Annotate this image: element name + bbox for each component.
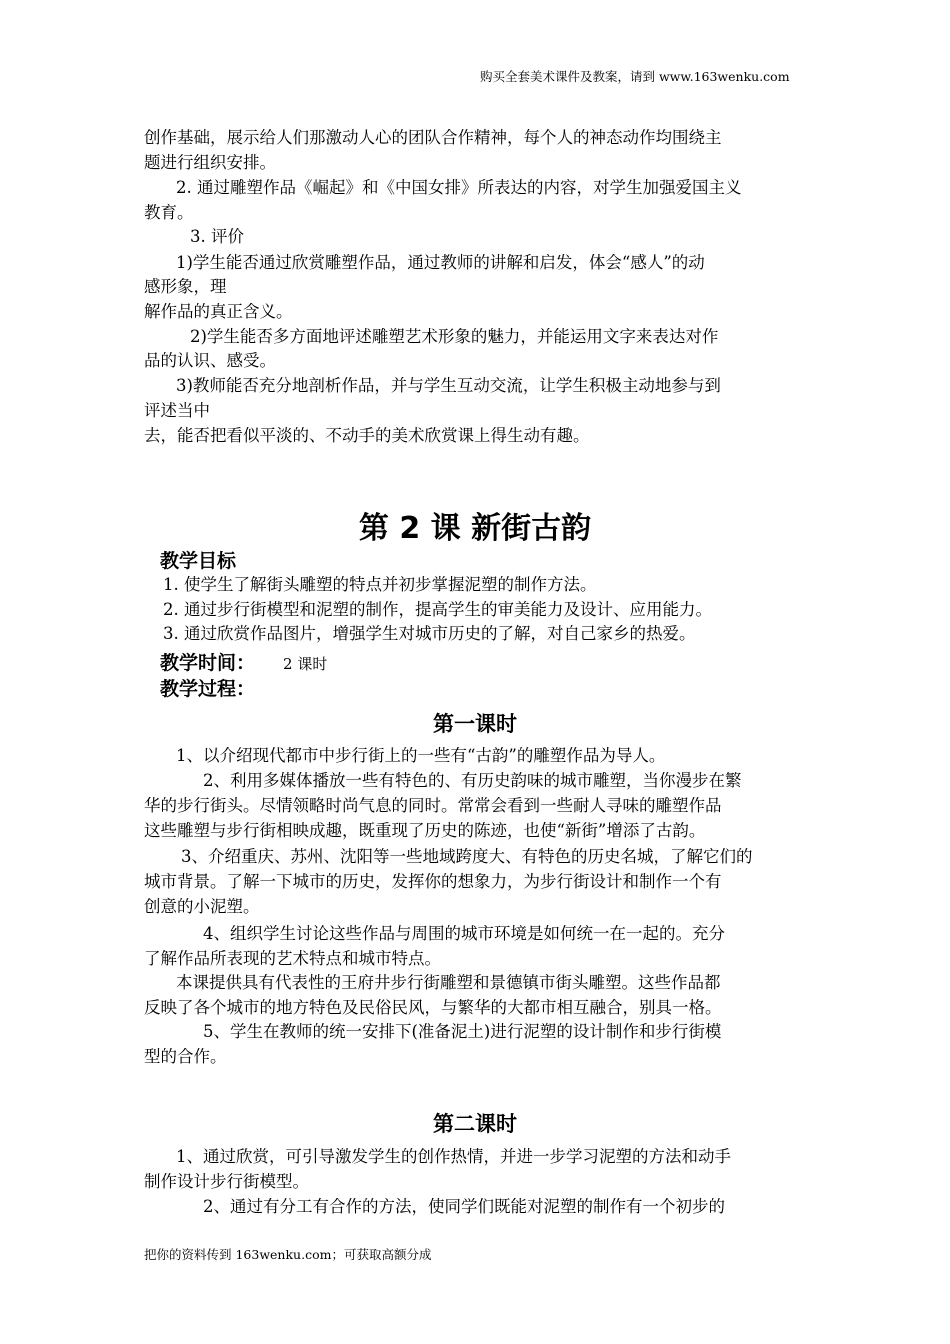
paragraph-line: 2. 通过雕塑作品《崛起》和《中国女排》所表达的内容，对学生加强爱国主义 [176, 177, 742, 199]
goals-heading: 教学目标 [160, 546, 236, 573]
paragraph-line: 3. 评价 [190, 226, 244, 248]
process-heading: 教学过程： [160, 674, 255, 701]
paragraph-line: 1、通过欣赏，可引导激发学生的创作热情，并进一步学习泥塑的方法和动手 [176, 1146, 731, 1168]
period-1-title: 第一课时 [0, 708, 950, 738]
paragraph-line: 这些雕塑与步行街相映成趣，既重现了历史的陈迹，也使“新街”增添了古韵。 [144, 820, 705, 842]
paragraph-line: 2、通过有分工有合作的方法，使同学们既能对泥塑的制作有一个初步的 [203, 1196, 725, 1218]
paragraph-line: 3)教师能否充分地剖析作品，并与学生互动交流，让学生积极主动地参与到 [176, 375, 721, 397]
paragraph-line: 解作品的真正含义。 [144, 301, 293, 323]
paragraph-line: 创作基础，展示给人们那激动人心的团队合作精神，每个人的神态动作均围绕主 [144, 127, 722, 149]
paragraph-line: 5、学生在教师的统一安排下(准备泥土)进行泥塑的设计制作和步行街模 [203, 1021, 721, 1043]
paragraph-line: 1、以介绍现代都市中步行街上的一些有“古韵”的雕塑作品为导人。 [176, 745, 665, 767]
paragraph-line: 制作设计步行街模型。 [144, 1171, 309, 1193]
paragraph-line: 教育。 [144, 202, 194, 224]
paragraph-line: 华的步行街头。尽情领略时尚气息的同时。常常会看到一些耐人寻味的雕塑作品 [144, 795, 722, 817]
paragraph-line: 感形象，理 [144, 276, 227, 298]
paragraph-line: 创意的小泥塑。 [144, 896, 260, 918]
page-header: 购买全套美术课件及教案，请到 www.163wenku.com [480, 67, 790, 85]
paragraph-line: 城市背景。了解一下城市的历史，发挥你的想象力，为步行街设计和制作一个有 [144, 871, 722, 893]
lesson-title: 第 2 课 新街古韵 [0, 503, 950, 547]
paragraph-line: 本课提供具有代表性的王府井步行街雕塑和景德镇市街头雕塑。这些作品都 [176, 972, 721, 994]
paragraph-line: 2、利用多媒体播放一些有特色的、有历史韵味的城市雕塑，当你漫步在繁 [203, 770, 742, 792]
paragraph-line: 型的合作。 [144, 1046, 227, 1068]
goal-item: 2. 通过步行街模型和泥塑的制作，提高学生的审美能力及设计、应用能力。 [163, 599, 712, 621]
time-value: 2 课时 [283, 655, 327, 673]
paragraph-line: 品的认识、感受。 [144, 350, 276, 372]
paragraph-line: 去，能否把看似平淡的、不动手的美术欣赏课上得生动有趣。 [144, 425, 590, 447]
goal-item: 1. 使学生了解街头雕塑的特点并初步掌握泥塑的制作方法。 [163, 574, 597, 596]
paragraph-line: 反映了各个城市的地方特色及民俗民风，与繁华的大都市相互融合，别具一格。 [144, 997, 722, 1019]
paragraph-line: 题进行组织安排。 [144, 152, 276, 174]
page-footer: 把你的资料传到 163wenku.com；可获取高额分成 [144, 1245, 431, 1263]
paragraph-line: 4、组织学生讨论这些作品与周围的城市环境是如何统一在一起的。充分 [203, 923, 725, 945]
paragraph-line: 了解作品所表现的艺术特点和城市特点。 [144, 948, 441, 970]
time-label: 教学时间： [160, 652, 255, 674]
paragraph-line: 3、介绍重庆、苏州、沈阳等一些地域跨度大、有特色的历史名城，了解它们的 [181, 846, 753, 868]
time-heading: 教学时间：2 课时 [160, 648, 327, 675]
paragraph-line: 2)学生能否多方面地评述雕塑艺术形象的魅力，并能运用文字来表达对作 [190, 326, 718, 348]
period-2-title: 第二课时 [0, 1108, 950, 1138]
paragraph-line: 评述当中 [144, 400, 210, 422]
goal-item: 3. 通过欣赏作品图片，增强学生对城市历史的了解，对自己家乡的热爱。 [163, 623, 696, 645]
paragraph-line: 1)学生能否通过欣赏雕塑作品，通过教师的讲解和启发，体会“感人”的动 [176, 252, 705, 274]
